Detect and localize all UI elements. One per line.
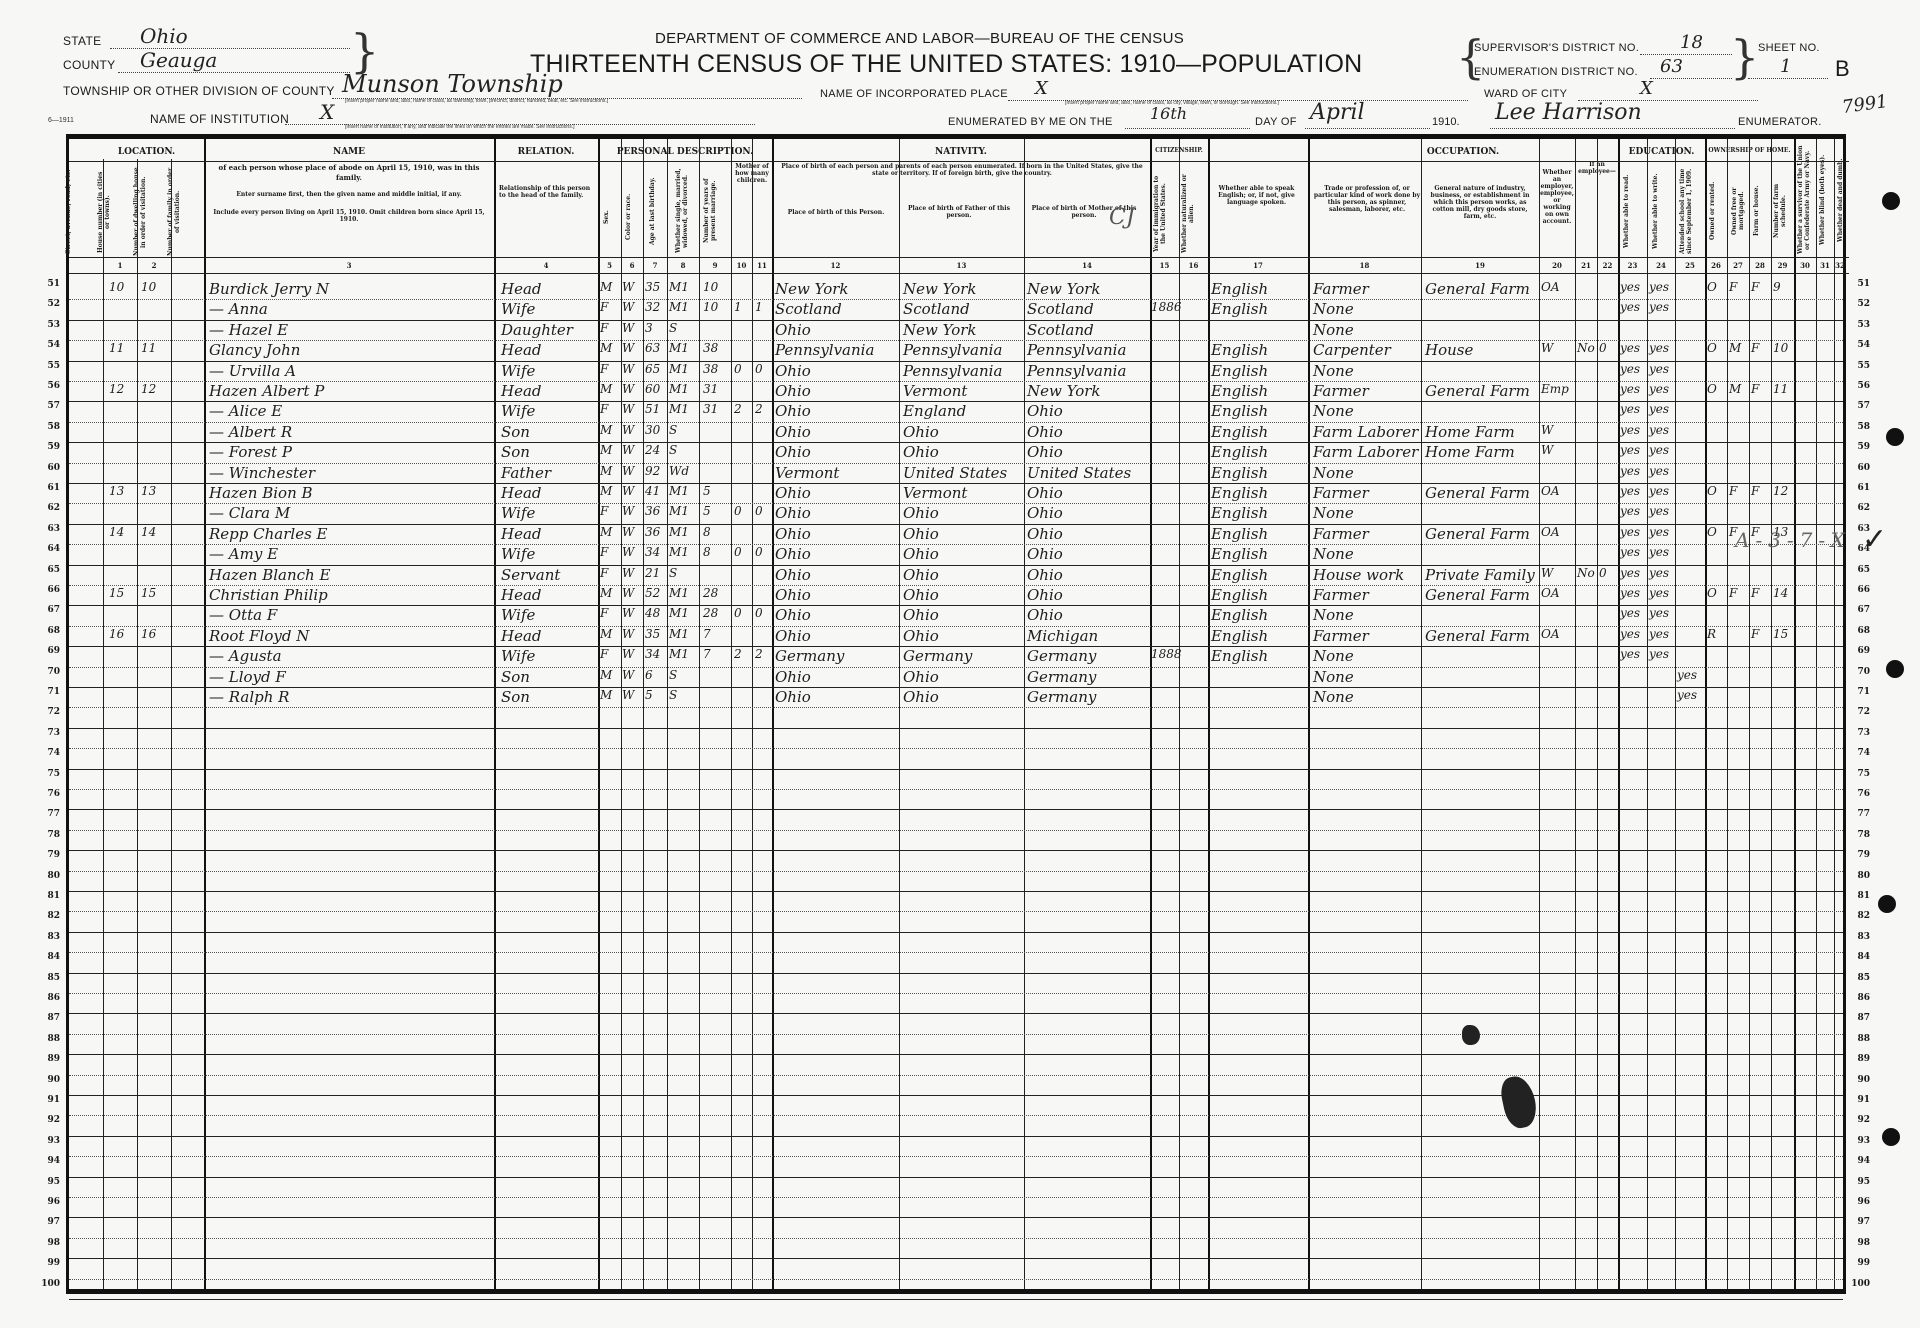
cell-lang: English bbox=[1211, 606, 1268, 624]
line-number: 55 bbox=[1848, 361, 1870, 371]
cell-marital: S bbox=[669, 321, 677, 335]
cell-relation: Son bbox=[501, 423, 530, 441]
column-number: 9 bbox=[699, 261, 731, 270]
column-number: 22 bbox=[1597, 261, 1618, 270]
cell-sex: M bbox=[600, 423, 612, 437]
cell-race: W bbox=[622, 525, 634, 539]
column-number: 24 bbox=[1647, 261, 1675, 270]
cell-marital: M1 bbox=[669, 402, 689, 416]
cell-lang: English bbox=[1211, 280, 1268, 298]
name-header-main: of each person whose place of abode on A… bbox=[209, 163, 489, 183]
column-number: 13 bbox=[899, 261, 1024, 270]
school-header: Attended school any time since September… bbox=[1679, 167, 1697, 255]
row-rule bbox=[69, 422, 1843, 423]
punch-hole-icon bbox=[1882, 192, 1900, 210]
line-number: 62 bbox=[1848, 503, 1870, 513]
cell-lang: English bbox=[1211, 566, 1268, 584]
cell-race: W bbox=[622, 647, 634, 661]
cell-dwelling: 13 bbox=[109, 484, 124, 498]
line-number: 80 bbox=[38, 871, 60, 881]
cell-race: W bbox=[622, 300, 634, 314]
cell-trade: None bbox=[1313, 402, 1354, 420]
cell-industry: General Farm bbox=[1425, 280, 1530, 298]
name-header-instr1: Enter surname first, then the given name… bbox=[209, 191, 489, 198]
cell-out: No bbox=[1577, 341, 1595, 355]
line-number: 53 bbox=[38, 320, 60, 330]
group-relation: RELATION. bbox=[494, 147, 598, 157]
cell-write: yes bbox=[1649, 647, 1669, 661]
cell-write: yes bbox=[1649, 464, 1669, 478]
cell-race: W bbox=[622, 627, 634, 641]
cell-trade: Farm Laborer bbox=[1313, 443, 1418, 461]
cell-read: yes bbox=[1620, 606, 1640, 620]
cell-father: Pennsylvania bbox=[903, 341, 1002, 359]
incorporated-value: X bbox=[1035, 78, 1048, 99]
ink-blot bbox=[1462, 1025, 1480, 1045]
row-rule bbox=[69, 1299, 1843, 1300]
column-number: 23 bbox=[1618, 261, 1647, 270]
cell-mother: Ohio bbox=[1027, 504, 1063, 522]
cell-marital: M1 bbox=[669, 525, 689, 539]
cell-birth: Ohio bbox=[775, 382, 811, 400]
line-number: 83 bbox=[38, 932, 60, 942]
cell-industry: General Farm bbox=[1425, 484, 1530, 502]
cell-sched: 14 bbox=[1773, 586, 1788, 600]
cell-marital: M1 bbox=[669, 484, 689, 498]
cell-sex: M bbox=[600, 627, 612, 641]
cell-sched: 10 bbox=[1773, 341, 1788, 355]
cell-race: W bbox=[622, 464, 634, 478]
column-rule bbox=[1597, 139, 1598, 1289]
line-number: 66 bbox=[1848, 585, 1870, 595]
line-number: 92 bbox=[38, 1115, 60, 1125]
line-number: 58 bbox=[1848, 422, 1870, 432]
group-education: EDUCATION. bbox=[1618, 147, 1705, 157]
cell-name: — Clara M bbox=[209, 504, 290, 522]
line-number: 59 bbox=[1848, 442, 1870, 452]
cell-birth: Ohio bbox=[775, 423, 811, 441]
cell-name: — Urvilla A bbox=[209, 362, 296, 380]
birth-father-header: Place of birth of Father of this person. bbox=[899, 205, 1019, 219]
cell-write: yes bbox=[1649, 402, 1669, 416]
cell-mort: M bbox=[1729, 341, 1741, 355]
line-number: 91 bbox=[1848, 1095, 1870, 1105]
cell-race: W bbox=[622, 280, 634, 294]
column-rule bbox=[772, 139, 774, 1289]
row-rule bbox=[69, 585, 1843, 586]
punch-hole-icon bbox=[1882, 1128, 1900, 1146]
line-number: 85 bbox=[1848, 973, 1870, 983]
cell-relation: Son bbox=[501, 443, 530, 461]
line-number: 85 bbox=[38, 973, 60, 983]
cell-write: yes bbox=[1649, 423, 1669, 437]
cell-industry: Private Family bbox=[1425, 566, 1535, 584]
ward-label: WARD OF CITY bbox=[1484, 88, 1567, 100]
row-rule bbox=[69, 728, 1843, 729]
cell-trade: Farmer bbox=[1313, 627, 1369, 645]
cell-emp: OA bbox=[1541, 525, 1560, 539]
line-number: 93 bbox=[38, 1136, 60, 1146]
cell-race: W bbox=[622, 504, 634, 518]
cell-sex: F bbox=[600, 300, 608, 314]
cell-sex: F bbox=[600, 362, 608, 376]
marital-header: Whether single, married, widowed, or div… bbox=[675, 167, 693, 255]
column-rule bbox=[1771, 139, 1772, 1289]
line-number: 86 bbox=[38, 993, 60, 1003]
cell-father: United States bbox=[903, 464, 1007, 482]
row-rule bbox=[69, 707, 1843, 708]
column-number: 6 bbox=[621, 261, 643, 270]
enumeration-label: ENUMERATION DISTRICT NO. bbox=[1474, 66, 1638, 78]
cell-father: Ohio bbox=[903, 423, 939, 441]
column-number: 3 bbox=[204, 261, 494, 270]
row-rule bbox=[69, 1054, 1843, 1055]
cell-farm: F bbox=[1751, 627, 1759, 641]
cell-marital: M1 bbox=[669, 341, 689, 355]
cell-birth: New York bbox=[775, 280, 849, 298]
header-rule bbox=[69, 257, 1849, 258]
margin-annotation: A-3-7-X bbox=[1735, 528, 1851, 552]
cell-birth: Ohio bbox=[775, 566, 811, 584]
cell-age: 63 bbox=[645, 341, 660, 355]
cell-sex: F bbox=[600, 504, 608, 518]
cell-trade: Farmer bbox=[1313, 280, 1369, 298]
state-label: STATE bbox=[63, 34, 101, 48]
cell-lang: English bbox=[1211, 525, 1268, 543]
township-note: [Insert proper name and, also, name of c… bbox=[345, 98, 608, 104]
row-rule bbox=[69, 1013, 1843, 1014]
cell-lang: English bbox=[1211, 647, 1268, 665]
line-number: 95 bbox=[1848, 1177, 1870, 1187]
cell-born: 0 bbox=[734, 545, 742, 559]
cell-relation: Head bbox=[501, 484, 542, 502]
incorporated-line bbox=[1008, 86, 1468, 101]
line-number: 67 bbox=[38, 605, 60, 615]
cell-race: W bbox=[622, 321, 634, 335]
cell-mother: Ohio bbox=[1027, 566, 1063, 584]
line-number: 87 bbox=[1848, 1013, 1870, 1023]
cell-birth: Ohio bbox=[775, 504, 811, 522]
cell-emp: OA bbox=[1541, 627, 1560, 641]
cell-write: yes bbox=[1649, 504, 1669, 518]
cell-trade: None bbox=[1313, 606, 1354, 624]
cell-read: yes bbox=[1620, 647, 1640, 661]
cell-marital: M1 bbox=[669, 300, 689, 314]
cell-name: — Amy E bbox=[209, 545, 278, 563]
cell-father: Ohio bbox=[903, 443, 939, 461]
cell-relation: Servant bbox=[501, 566, 560, 584]
cell-trade: Farmer bbox=[1313, 382, 1369, 400]
cell-race: W bbox=[622, 688, 634, 702]
cell-mother: United States bbox=[1027, 464, 1131, 482]
row-rule bbox=[69, 1197, 1843, 1198]
annotation-cj: CJ bbox=[1109, 205, 1135, 230]
census-title: THIRTEENTH CENSUS OF THE UNITED STATES: … bbox=[530, 50, 1362, 79]
cell-mother: Scotland bbox=[1027, 321, 1094, 339]
years-married-header: Number of years of present marriage. bbox=[703, 167, 721, 255]
cell-living: 2 bbox=[755, 647, 763, 661]
relation-header: Relationship of this person to the head … bbox=[499, 185, 594, 199]
column-number: 29 bbox=[1771, 261, 1794, 270]
cell-emp: W bbox=[1541, 443, 1553, 457]
cell-years: 7 bbox=[703, 627, 711, 641]
group-name: NAME bbox=[204, 147, 494, 157]
cell-sex: M bbox=[600, 668, 612, 682]
cell-own: O bbox=[1707, 341, 1717, 355]
line-number: 62 bbox=[38, 503, 60, 513]
cell-birth: Ohio bbox=[775, 362, 811, 380]
line-number: 82 bbox=[1848, 911, 1870, 921]
line-number: 89 bbox=[38, 1054, 60, 1064]
cell-father: Vermont bbox=[903, 484, 967, 502]
cell-sex: M bbox=[600, 443, 612, 457]
line-number: 99 bbox=[1848, 1258, 1870, 1268]
enumerated-label: ENUMERATED BY ME ON THE bbox=[948, 116, 1113, 128]
cell-trade: None bbox=[1313, 545, 1354, 563]
cell-age: 5 bbox=[645, 688, 653, 702]
cell-relation: Head bbox=[501, 525, 542, 543]
cell-living: 1 bbox=[755, 300, 763, 314]
cell-race: W bbox=[622, 566, 634, 580]
cell-father: Ohio bbox=[903, 688, 939, 706]
cell-write: yes bbox=[1649, 443, 1669, 457]
column-rule bbox=[899, 139, 900, 1289]
header-rule bbox=[69, 161, 1849, 162]
cell-sex: F bbox=[600, 606, 608, 620]
line-number: 58 bbox=[38, 422, 60, 432]
column-rule bbox=[1705, 139, 1707, 1289]
cell-living: 2 bbox=[755, 402, 763, 416]
line-number: 78 bbox=[38, 830, 60, 840]
cell-school: yes bbox=[1677, 688, 1697, 702]
cell-birth: Ohio bbox=[775, 668, 811, 686]
column-rule bbox=[1539, 139, 1540, 1289]
cell-birth: Ohio bbox=[775, 525, 811, 543]
cell-lang: English bbox=[1211, 402, 1268, 420]
row-rule bbox=[69, 891, 1843, 892]
cell-race: W bbox=[622, 586, 634, 600]
cell-father: England bbox=[903, 402, 966, 420]
punch-hole-icon bbox=[1886, 428, 1904, 446]
cell-dwelling: 16 bbox=[109, 627, 124, 641]
cell-lang: English bbox=[1211, 627, 1268, 645]
cell-mother: Michigan bbox=[1027, 627, 1098, 645]
line-number: 92 bbox=[1848, 1115, 1870, 1125]
cell-immig: 1888 bbox=[1151, 647, 1182, 661]
institution-value: X bbox=[320, 100, 334, 124]
cell-write: yes bbox=[1649, 300, 1669, 314]
cell-sex: M bbox=[600, 280, 612, 294]
column-number: 19 bbox=[1421, 261, 1539, 270]
cell-school: yes bbox=[1677, 668, 1697, 682]
cell-born: 0 bbox=[734, 362, 742, 376]
line-number: 61 bbox=[38, 483, 60, 493]
line-number: 98 bbox=[38, 1238, 60, 1248]
cell-trade: None bbox=[1313, 300, 1354, 318]
column-rule bbox=[643, 139, 644, 1289]
cell-lang: English bbox=[1211, 443, 1268, 461]
cell-family: 12 bbox=[141, 382, 156, 396]
write-header: Whether able to write. bbox=[1652, 167, 1666, 255]
column-rule bbox=[1647, 139, 1648, 1289]
cell-lang: English bbox=[1211, 484, 1268, 502]
cell-farm: F bbox=[1751, 341, 1759, 355]
cell-relation: Head bbox=[501, 627, 542, 645]
sheet-value: 1 bbox=[1780, 56, 1791, 77]
cell-born: 1 bbox=[734, 300, 742, 314]
cell-trade: None bbox=[1313, 668, 1354, 686]
line-number: 80 bbox=[1848, 871, 1870, 881]
column-number: 26 bbox=[1705, 261, 1727, 270]
line-number: 88 bbox=[1848, 1034, 1870, 1044]
cell-name: Hazen Bion B bbox=[209, 484, 313, 502]
cell-read: yes bbox=[1620, 484, 1640, 498]
cell-write: yes bbox=[1649, 484, 1669, 498]
census-table: LOCATION. NAME RELATION. PERSONAL DESCRI… bbox=[66, 134, 1846, 1294]
cell-lang: English bbox=[1211, 504, 1268, 522]
line-number: 74 bbox=[1848, 748, 1870, 758]
ward-line bbox=[1578, 86, 1758, 101]
cell-mother: New York bbox=[1027, 280, 1101, 298]
line-number: 81 bbox=[1848, 891, 1870, 901]
line-number: 87 bbox=[38, 1013, 60, 1023]
cell-immig: 1886 bbox=[1151, 300, 1182, 314]
cell-mort: F bbox=[1729, 484, 1737, 498]
census-page: STATE Ohio COUNTY Geauga } TOWNSHIP OR O… bbox=[0, 0, 1920, 1328]
line-number: 51 bbox=[1848, 279, 1870, 289]
line-number: 75 bbox=[1848, 769, 1870, 779]
cell-emp: W bbox=[1541, 341, 1553, 355]
cell-industry: Home Farm bbox=[1425, 443, 1515, 461]
cell-relation: Wife bbox=[501, 300, 535, 318]
form-number: 6—1911 bbox=[48, 118, 74, 124]
cell-emp: OA bbox=[1541, 280, 1560, 294]
row-rule bbox=[69, 1177, 1843, 1178]
group-personal: PERSONAL DESCRIPTION. bbox=[598, 147, 772, 157]
cell-trade: Farmer bbox=[1313, 586, 1369, 604]
cell-mother: Ohio bbox=[1027, 484, 1063, 502]
cell-father: Vermont bbox=[903, 382, 967, 400]
line-number: 99 bbox=[38, 1258, 60, 1268]
line-number: 60 bbox=[1848, 463, 1870, 473]
line-number: 57 bbox=[38, 401, 60, 411]
line-number: 94 bbox=[38, 1156, 60, 1166]
owned-header: Owned or rented. bbox=[1709, 167, 1723, 255]
cell-trade: House work bbox=[1313, 566, 1404, 584]
cell-emp: OA bbox=[1541, 586, 1560, 600]
row-rule bbox=[69, 1156, 1843, 1157]
cell-marital: M1 bbox=[669, 280, 689, 294]
enumerated-day: 16th bbox=[1150, 104, 1187, 123]
cell-own: R bbox=[1707, 627, 1716, 641]
cell-sex: M bbox=[600, 586, 612, 600]
cell-race: W bbox=[622, 443, 634, 457]
line-number: 70 bbox=[38, 667, 60, 677]
cell-age: 3 bbox=[645, 321, 653, 335]
cell-mother: Ohio bbox=[1027, 402, 1063, 420]
column-number: 18 bbox=[1308, 261, 1421, 270]
cell-sex: M bbox=[600, 464, 612, 478]
cell-relation: Wife bbox=[501, 606, 535, 624]
cell-relation: Wife bbox=[501, 504, 535, 522]
column-number: 12 bbox=[772, 261, 899, 270]
cell-trade: Farmer bbox=[1313, 484, 1369, 502]
column-rule bbox=[667, 139, 668, 1289]
column-number: 11 bbox=[752, 261, 772, 270]
cell-write: yes bbox=[1649, 382, 1669, 396]
line-number: 79 bbox=[1848, 850, 1870, 860]
cell-name: Root Floyd N bbox=[209, 627, 309, 645]
enumerated-month: April bbox=[1310, 100, 1365, 125]
cell-write: yes bbox=[1649, 362, 1669, 376]
cell-race: W bbox=[622, 423, 634, 437]
line-number: 59 bbox=[38, 442, 60, 452]
cell-farm: F bbox=[1751, 484, 1759, 498]
cell-marital: S bbox=[669, 443, 677, 457]
supervisor-label: SUPERVISOR'S DISTRICT NO. bbox=[1474, 42, 1639, 54]
cell-read: yes bbox=[1620, 280, 1640, 294]
cell-relation: Wife bbox=[501, 545, 535, 563]
cell-birth: Germany bbox=[775, 647, 844, 665]
row-rule bbox=[69, 1095, 1843, 1096]
name-header-instr2: Include every person living on April 15,… bbox=[209, 209, 489, 223]
cell-emp: Emp bbox=[1541, 382, 1569, 396]
cell-years: 5 bbox=[703, 504, 711, 518]
cell-race: W bbox=[622, 484, 634, 498]
cell-marital: M1 bbox=[669, 382, 689, 396]
column-rule bbox=[1024, 139, 1025, 1289]
cell-family: 14 bbox=[141, 525, 156, 539]
cell-birth: Scotland bbox=[775, 300, 842, 318]
cell-name: Glancy John bbox=[209, 341, 300, 359]
column-number: 2 bbox=[137, 261, 171, 270]
cell-birth: Ohio bbox=[775, 321, 811, 339]
cell-name: Burdick Jerry N bbox=[209, 280, 329, 298]
line-number: 63 bbox=[38, 524, 60, 534]
row-rule bbox=[69, 932, 1843, 933]
column-rule bbox=[699, 139, 700, 1289]
cell-name: — Alice E bbox=[209, 402, 282, 420]
column-rule bbox=[731, 139, 732, 1289]
row-rule bbox=[69, 544, 1843, 545]
line-number: 55 bbox=[38, 361, 60, 371]
cell-lang: English bbox=[1211, 464, 1268, 482]
farm-schedule-header: Number of farm schedule. bbox=[1773, 167, 1791, 255]
cell-mother: Ohio bbox=[1027, 545, 1063, 563]
cell-industry: Home Farm bbox=[1425, 423, 1515, 441]
cell-sex: F bbox=[600, 647, 608, 661]
cell-dwelling: 10 bbox=[109, 280, 124, 294]
row-rule bbox=[69, 911, 1843, 912]
cell-sched: 15 bbox=[1773, 627, 1788, 641]
cell-born: 2 bbox=[734, 647, 742, 661]
cell-name: Repp Charles E bbox=[209, 525, 327, 543]
cell-age: 51 bbox=[645, 402, 660, 416]
cell-father: Ohio bbox=[903, 668, 939, 686]
cell-read: yes bbox=[1620, 525, 1640, 539]
row-rule bbox=[69, 769, 1843, 770]
cell-born: 0 bbox=[734, 606, 742, 620]
cell-birth: Ohio bbox=[775, 606, 811, 624]
cell-birth: Ohio bbox=[775, 688, 811, 706]
line-number: 52 bbox=[1848, 299, 1870, 309]
column-number: 8 bbox=[667, 261, 699, 270]
cell-read: yes bbox=[1620, 545, 1640, 559]
cell-lang: English bbox=[1211, 382, 1268, 400]
column-rule bbox=[103, 159, 104, 1289]
cell-name: — Anna bbox=[209, 300, 268, 318]
cell-sex: M bbox=[600, 525, 612, 539]
